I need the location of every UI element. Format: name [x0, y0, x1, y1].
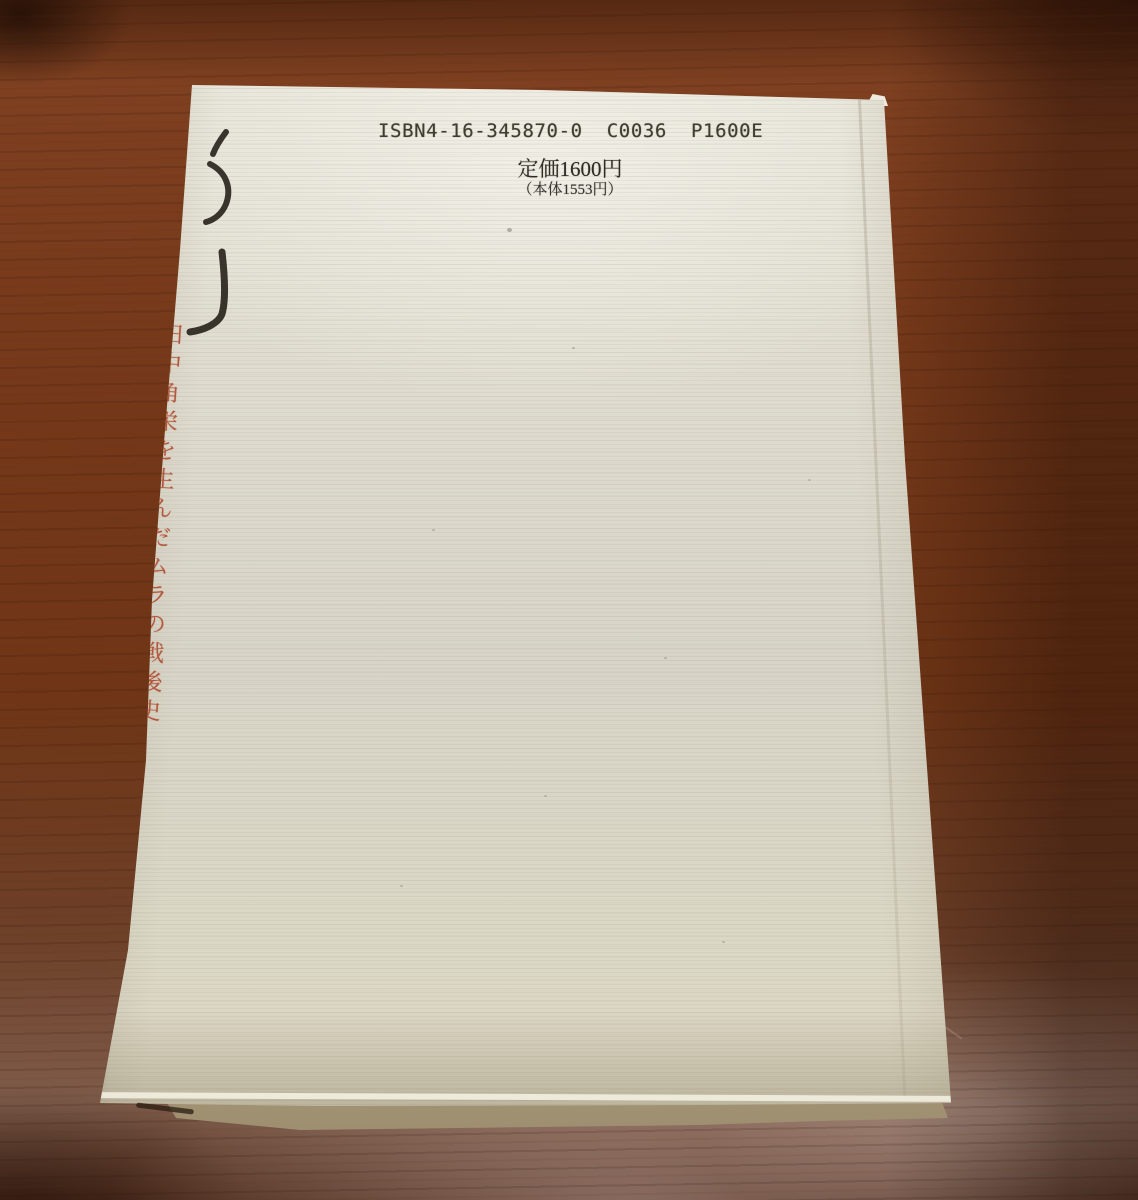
paper-specks — [507, 228, 512, 232]
photo-of-book-on-table: 田中角栄を生んだムラの戦後史 ISBN4-16-345870-0 C0036 P… — [0, 0, 1138, 1200]
price-note-text: （本体1553円） — [470, 178, 670, 199]
spine-title-partial-glyphs-icon — [180, 118, 240, 538]
isbn-code-text: ISBN4-16-345870-0 C0036 P1600E — [378, 120, 763, 142]
